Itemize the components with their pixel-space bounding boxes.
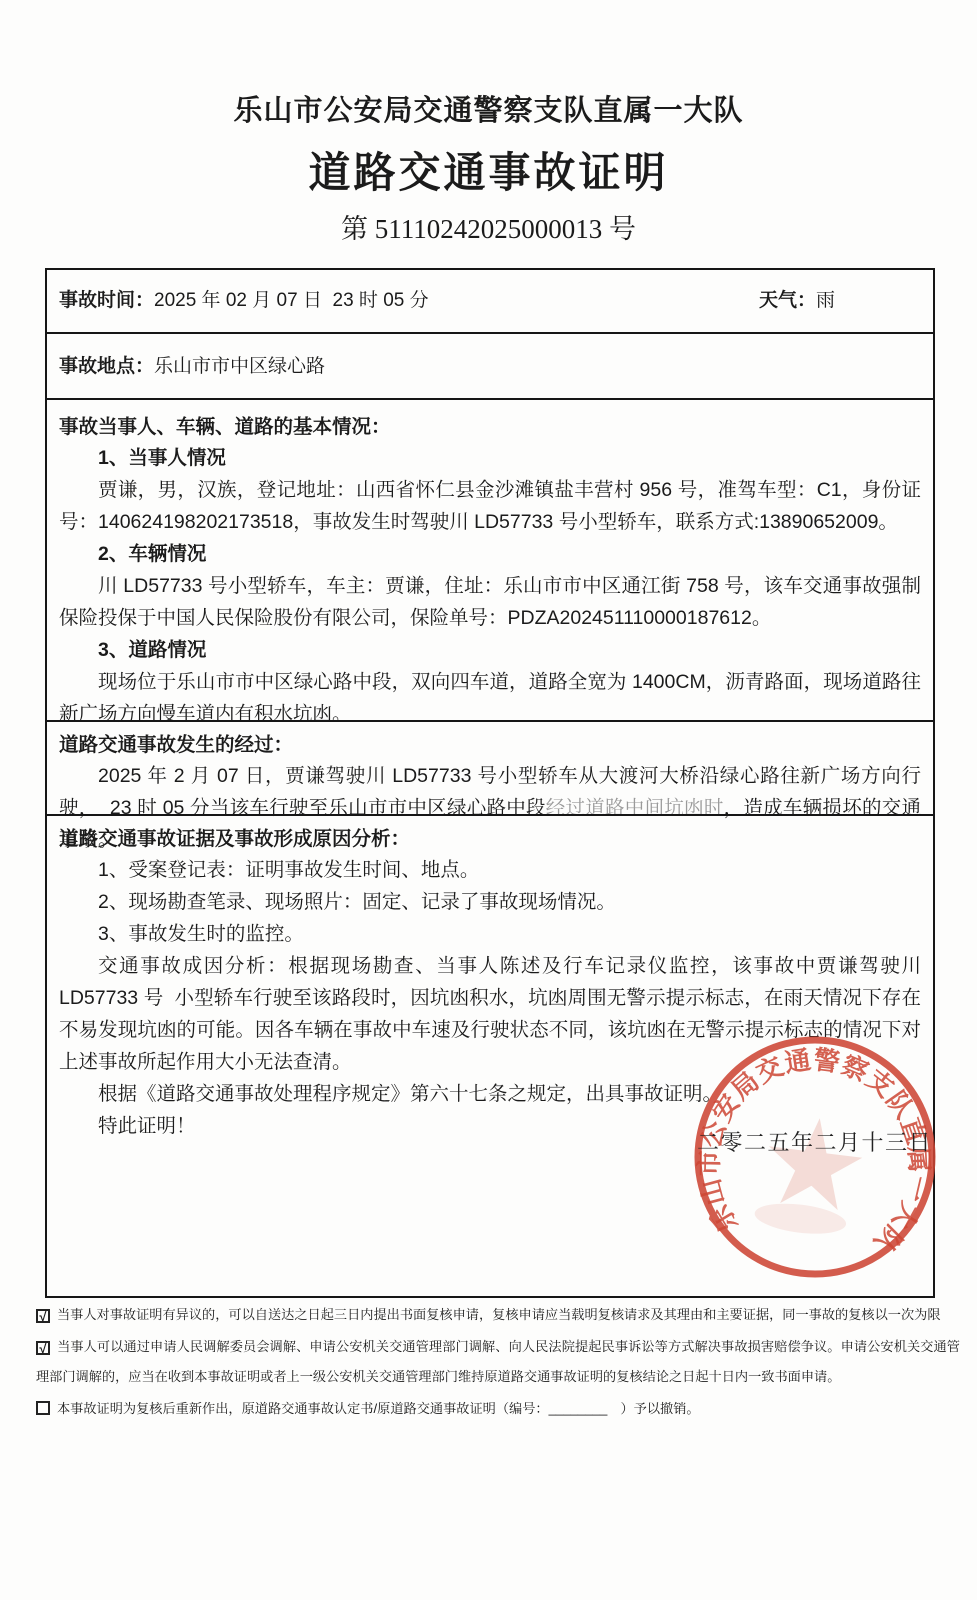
accident-process-section: 道路交通事故发生的经过： 2025 年 2 月 07 日，贾谦驾驶川 LD577… [47,720,933,814]
document-title: 道路交通事故证明 [0,140,977,200]
basic-section-heading: 事故当事人、车辆、道路的基本情况： [59,400,921,442]
party-paragraph: 贾谦，男，汉族，登记地址：山西省怀仁县金沙滩镇盐丰营村 956 号，准驾车型：C… [59,474,921,538]
footnote-reissue: 本事故证明为复核后重新作出，原道路交通事故认定书/原道路交通事故证明（编号：__… [36,1394,960,1424]
weather-label: 天气： [759,290,816,311]
footnote-mediation: √当事人可以通过申请人民调解委员会调解、申请公安机关交通管理部门调解、向人民法院… [36,1332,960,1392]
checkbox-mediation: √ [36,1341,50,1355]
issuing-agency-name: 乐山市公安局交通警察支队直属一大队 [0,88,977,129]
vehicle-paragraph: 川 LD57733 号小型轿车，车主：贾谦，住址：乐山市市中区通江街 758 号… [59,570,921,634]
accident-location-value: 乐山市市中区绿心路 [154,356,325,377]
accident-location-row: 事故地点：乐山市市中区绿心路 [47,332,933,398]
footnote-text: 当事人可以通过申请人民调解委员会调解、申请公安机关交通管理部门调解、向人民法院提… [36,1339,960,1384]
issue-date: 二零二五年二月十三日 [697,1126,932,1157]
legal-basis-paragraph: 根据《道路交通事故处理程序规定》第六十七条之规定，出具事故证明。 [59,1078,921,1110]
footnote-text: 当事人对事故证明有异议的，可以自送达之日起三日内提出书面复核申请，复核申请应当载… [57,1307,941,1322]
accident-time-label: 事故时间： [59,290,154,311]
evidence-section-heading: 道路交通事故证据及事故形成原因分析： [59,816,921,854]
cause-analysis-paragraph: 交通事故成因分析：根据现场勘查、当事人陈述及行车记录仪监控，该事故中贾谦驾驶川 … [59,950,921,1078]
accident-certificate-page: 乐山市公安局交通警察支队直属一大队 道路交通事故证明 第 51110242025… [0,0,977,1600]
accident-location-label: 事故地点： [59,356,154,377]
evidence-item: 2、现场勘查笔录、现场照片：固定、记录了事故现场情况。 [59,886,921,918]
party-subheading: 1、当事人情况 [59,442,921,474]
evidence-item: 1、受案登记表：证明事故发生时间、地点。 [59,854,921,886]
accident-time-row: 事故时间：2025 年 02 月 07 日 23 时 05 分 天气：雨 [47,270,933,332]
accident-time-value: 2025 年 02 月 07 日 23 时 05 分 [154,290,429,311]
checkbox-review-right: √ [36,1309,50,1323]
document-number: 第 51110242025000013 号 [0,207,977,246]
footnote-review-right: √当事人对事故证明有异议的，可以自送达之日起三日内提出书面复核申请，复核申请应当… [36,1300,960,1330]
evidence-analysis-section: 道路交通事故证据及事故形成原因分析： 1、受案登记表：证明事故发生时间、地点。 … [47,814,933,1296]
evidence-item: 3、事故发生时的监控。 [59,918,921,950]
footnote-text: 本事故证明为复核后重新作出，原道路交通事故认定书/原道路交通事故证明（编号：__… [57,1401,700,1416]
checkbox-reissue [36,1401,50,1415]
vehicle-subheading: 2、车辆情况 [59,538,921,570]
weather-value: 雨 [816,290,835,311]
road-subheading: 3、道路情况 [59,634,921,666]
footnotes: √当事人对事故证明有异议的，可以自送达之日起三日内提出书面复核申请，复核申请应当… [36,1300,960,1426]
process-section-heading: 道路交通事故发生的经过： [59,722,921,760]
basic-situation-section: 事故当事人、车辆、道路的基本情况： 1、当事人情况 贾谦，男，汉族，登记地址：山… [47,398,933,720]
